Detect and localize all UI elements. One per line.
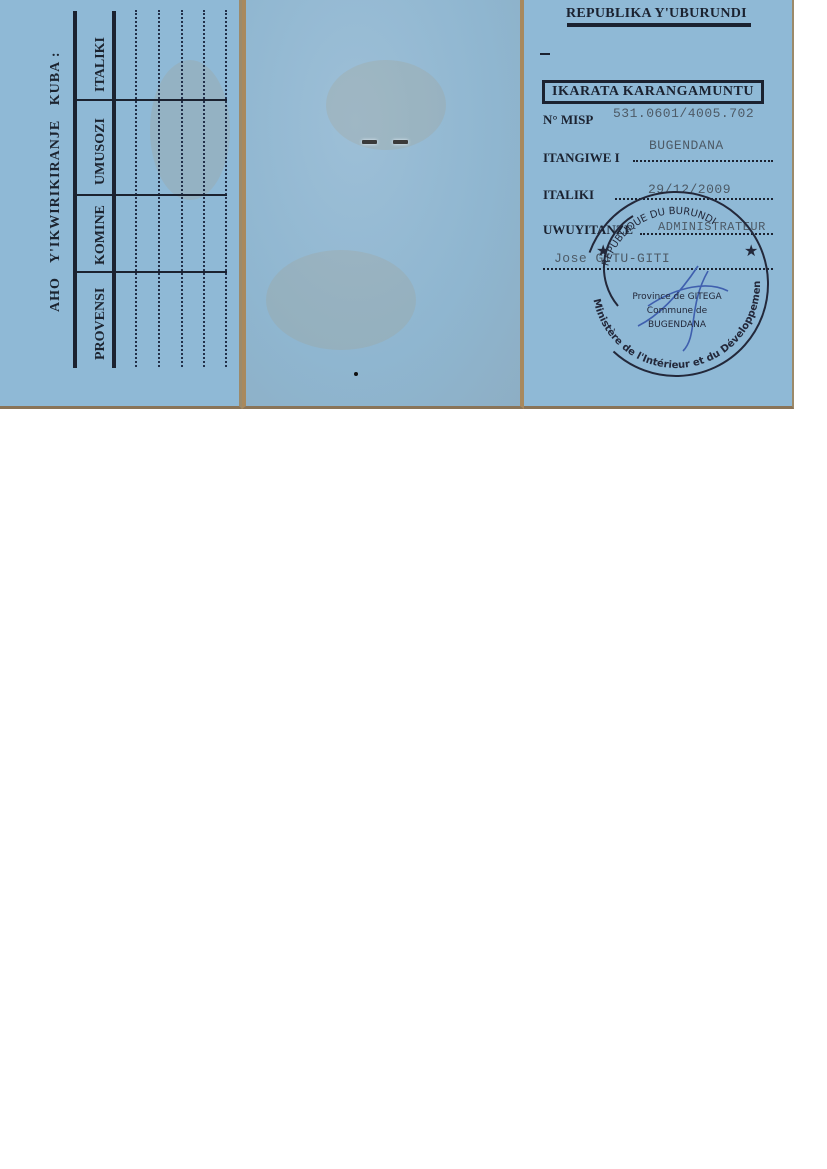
dotted-line: [543, 268, 773, 270]
card-middle-panel: [242, 0, 524, 409]
column-divider: [75, 194, 227, 196]
table-row-line: [181, 10, 183, 367]
staple-icon: [393, 140, 408, 144]
card-title: IKARATA KARANGAMUNTU: [542, 80, 764, 104]
dash-mark: [540, 53, 550, 55]
stamp-province: Province de GITEGA: [617, 292, 737, 302]
stamp-commune: Commune de: [617, 306, 737, 316]
column-header-italiki: ITALIKI: [93, 37, 109, 92]
column-header-umusozi: UMUSOZI: [93, 118, 109, 185]
column-divider: [75, 99, 227, 101]
stain: [266, 250, 416, 350]
title-underline: [567, 23, 751, 27]
value-itangiwe: BUGENDANA: [649, 138, 724, 153]
column-divider: [75, 271, 227, 273]
table-border-left: [73, 11, 77, 368]
table-row-line: [225, 10, 227, 367]
label-itangiwe: ITANGIWE I: [543, 150, 620, 166]
card-back-panel: [0, 0, 242, 409]
dotted-line: [615, 198, 773, 200]
value-misp: 531.0601/4005.702: [613, 106, 754, 121]
label-uwuyitanze: UWUYITANZE: [543, 222, 633, 238]
table-header-divider: [112, 11, 116, 368]
residence-history-title: AHO Y'IKWIRIKIRANJE KUBA :: [48, 41, 64, 312]
dotted-line: [633, 160, 773, 162]
stain: [326, 60, 446, 150]
value-uwuyitanze: ADMINISTRATEUR: [658, 220, 766, 234]
column-header-komine: KOMINE: [93, 205, 109, 265]
issuer-name: Jose GITU-GITI: [554, 251, 670, 266]
label-italiki: ITALIKI: [543, 187, 594, 203]
value-italiki: 29/12/2009: [648, 182, 731, 197]
stain: [150, 60, 230, 200]
label-misp: N° MISP: [543, 112, 593, 128]
table-row-line: [158, 10, 160, 367]
staple-icon: [362, 140, 377, 144]
table-row-line: [135, 10, 137, 367]
column-header-provensi: PROVENSI: [93, 288, 109, 360]
republic-title: REPUBLIKA Y'UBURUNDI: [566, 6, 747, 22]
card-front-panel: [524, 0, 794, 409]
ink-dot: [354, 372, 358, 376]
table-row-line: [203, 10, 205, 367]
stamp-commune-name: BUGENDANA: [617, 320, 737, 330]
